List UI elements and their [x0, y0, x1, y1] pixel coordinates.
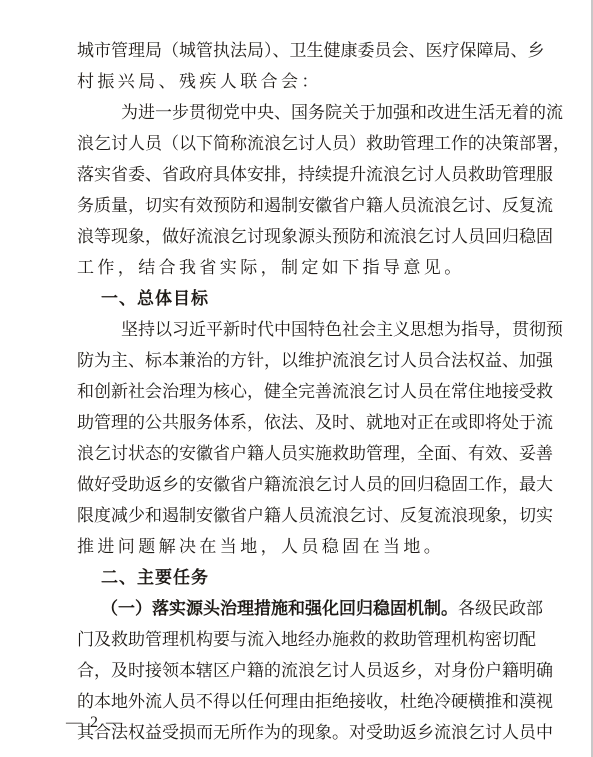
paragraph-line: 工作，结合我省实际，制定如下指导意见。 — [77, 253, 519, 284]
subsection-first-line: （一）落实源头治理措施和强化回归稳固机制。各级民政部 — [77, 594, 519, 625]
paragraph-line: 城市管理局（城管执法局）、卫生健康委员会、医疗保障局、乡 — [77, 36, 519, 67]
subsection-title: （一）落实源头治理措施和强化回归稳固机制。 — [101, 599, 458, 619]
paragraph-line: 浪等现象，做好流浪乞讨现象源头预防和流浪乞讨人员回归稳固 — [77, 222, 519, 253]
page-number: — 2 — — [66, 714, 124, 732]
paragraph-line: 做好受助返乡的安徽省户籍流浪乞讨人员的回归稳固工作，最大 — [77, 470, 519, 501]
paragraph-line: 的本地外流人员不得以任何理由拒绝接收，杜绝冷硬横推和漠视 — [77, 687, 519, 718]
section-heading-overall-goal: 一、总体目标 — [77, 284, 519, 315]
paragraph-line: 门及救助管理机构要与流入地经办施救的救助管理机构密切配 — [77, 625, 519, 656]
paragraph-line: 浪乞讨状态的安徽省户籍人员实施救助管理，全面、有效、妥善 — [77, 439, 519, 470]
paragraph-line: 浪乞讨人员（以下简称流浪乞讨人员）救助管理工作的决策部署， — [77, 129, 519, 160]
paragraph-line: 推进问题解决在当地，人员稳固在当地。 — [77, 532, 519, 563]
subsection-text: 各级民政部 — [458, 599, 543, 619]
paragraph-line: 合，及时接领本辖区户籍的流浪乞讨人员返乡，对身份户籍明确 — [77, 656, 519, 687]
document-body: 城市管理局（城管执法局）、卫生健康委员会、医疗保障局、乡 村振兴局、残疾人联合会… — [77, 36, 519, 749]
paragraph-line: 其合法权益受损而无所作为的现象。对受助返乡流浪乞讨人员中 — [77, 718, 519, 749]
paragraph-line: 务质量，切实有效预防和遏制安徽省户籍人员流浪乞讨、反复流 — [77, 191, 519, 222]
paragraph-line: 防为主、标本兼治的方针，以维护流浪乞讨人员合法权益、加强 — [77, 346, 519, 377]
paragraph-line: 落实省委、省政府具体安排，持续提升流浪乞讨人员救助管理服 — [77, 160, 519, 191]
paragraph-line: 为进一步贯彻党中央、国务院关于加强和改进生活无着的流 — [77, 98, 519, 129]
paragraph-line: 助管理的公共服务体系，依法、及时、就地对正在或即将处于流 — [77, 408, 519, 439]
paragraph-line: 限度减少和遏制安徽省户籍人员流浪乞讨、反复流浪现象，切实 — [77, 501, 519, 532]
paragraph-line: 和创新社会治理为核心，健全完善流浪乞讨人员在常住地接受救 — [77, 377, 519, 408]
section-heading-main-tasks: 二、主要任务 — [77, 563, 519, 594]
document-page: 城市管理局（城管执法局）、卫生健康委员会、医疗保障局、乡 村振兴局、残疾人联合会… — [0, 0, 593, 757]
paragraph-line: 村振兴局、残疾人联合会： — [77, 67, 519, 98]
paragraph-line: 坚持以习近平新时代中国特色社会主义思想为指导，贯彻预 — [77, 315, 519, 346]
